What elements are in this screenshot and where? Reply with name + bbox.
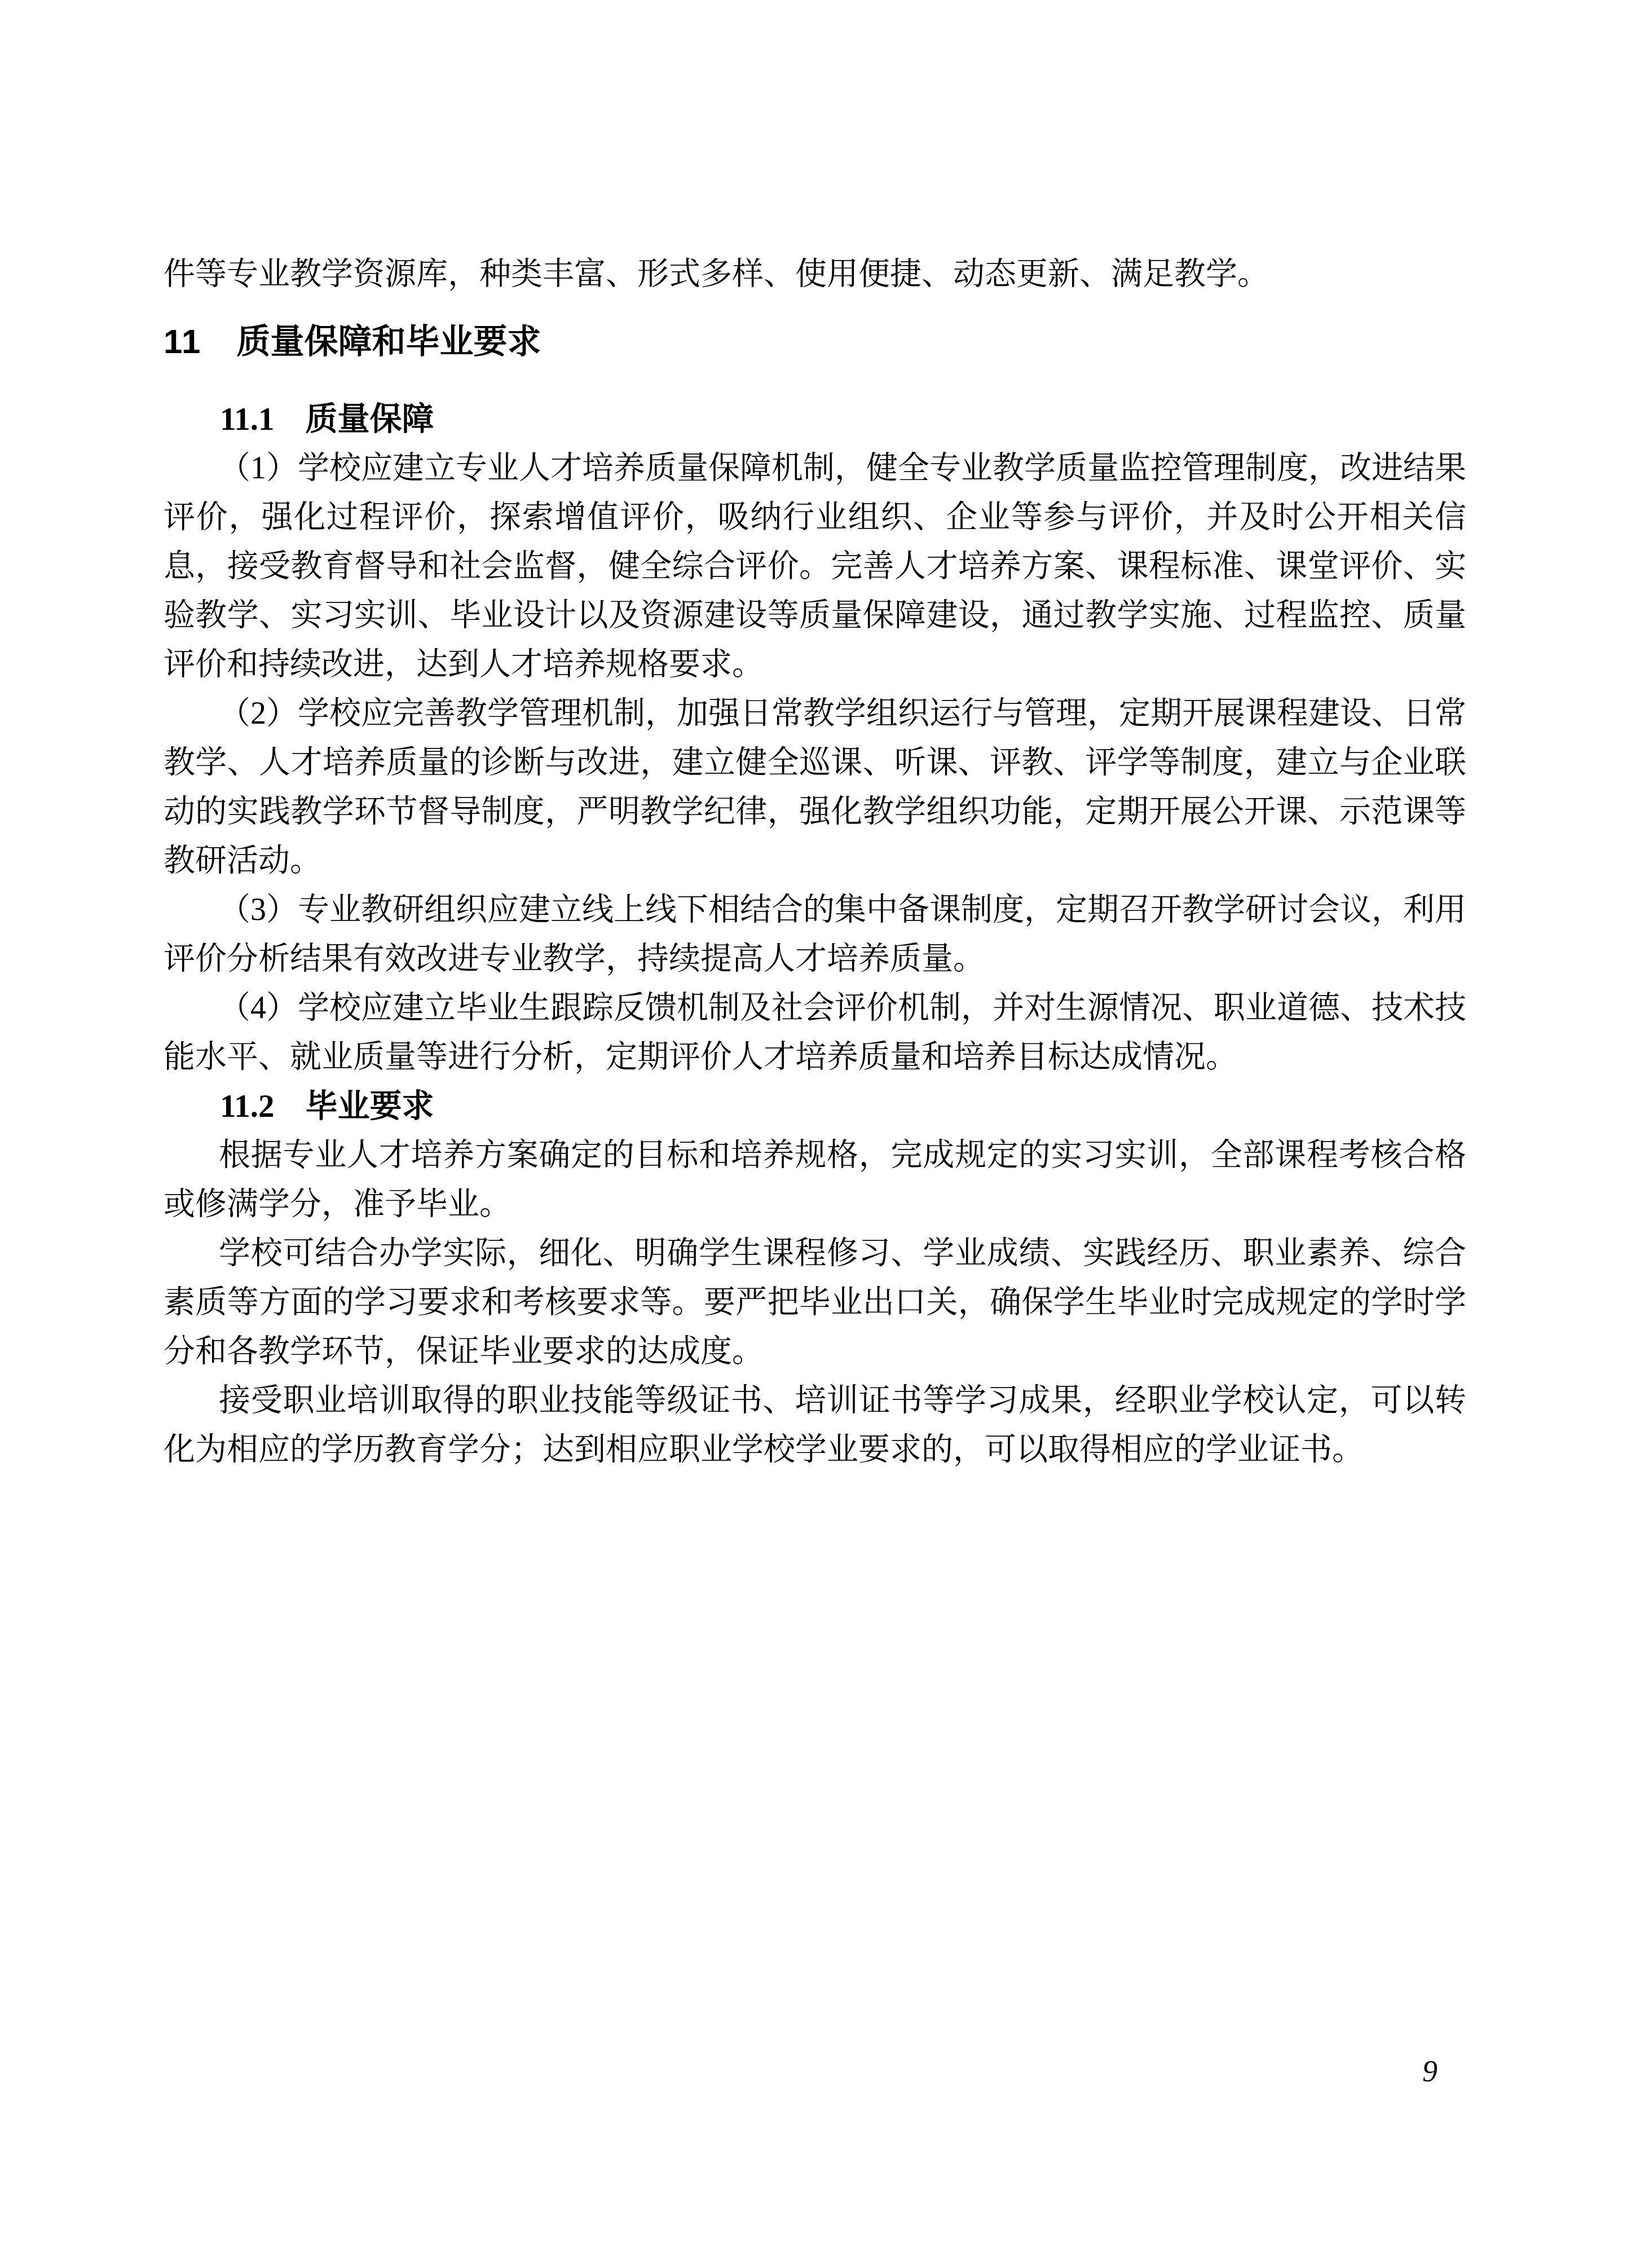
subsection-number: 11.2	[220, 1089, 275, 1124]
section-title: 质量保障和毕业要求	[236, 323, 541, 360]
body-paragraph-item-2: （2）学校应完善教学管理机制，加强日常教学组织运行与管理，定期开展课程建设、日常…	[164, 689, 1466, 886]
section-heading: 11质量保障和毕业要求	[164, 317, 1466, 367]
subsection-number: 11.1	[220, 402, 275, 437]
body-paragraph-item-1: （1）学校应建立专业人才培养质量保障机制，健全专业教学质量监控管理制度，改进结果…	[164, 444, 1466, 689]
body-paragraph-graduation-3: 接受职业培训取得的职业技能等级证书、培训证书等学习成果，经职业学校认定，可以转化…	[164, 1376, 1466, 1474]
section-number: 11	[164, 323, 201, 360]
subsection-heading-quality-assurance: 11.1质量保障	[164, 395, 1466, 444]
body-paragraph-item-4: （4）学校应建立毕业生跟踪反馈机制及社会评价机制，并对生源情况、职业道德、技术技…	[164, 984, 1466, 1082]
subsection-heading-graduation-requirements: 11.2毕业要求	[164, 1082, 1466, 1131]
document-page: 件等专业教学资源库，种类丰富、形式多样、使用便捷、动态更新、满足教学。 11质量…	[0, 0, 1627, 2268]
subsection-title: 质量保障	[306, 402, 434, 437]
page-content: 件等专业教学资源库，种类丰富、形式多样、使用便捷、动态更新、满足教学。 11质量…	[164, 250, 1466, 1474]
subsection-title: 毕业要求	[306, 1089, 434, 1124]
body-paragraph-graduation-2: 学校可结合办学实际，细化、明确学生课程修习、学业成绩、实践经历、职业素养、综合素…	[164, 1229, 1466, 1376]
body-paragraph-item-3: （3）专业教研组织应建立线上线下相结合的集中备课制度，定期召开教学研讨会议，利用…	[164, 886, 1466, 984]
body-paragraph-continuation: 件等专业教学资源库，种类丰富、形式多样、使用便捷、动态更新、满足教学。	[164, 250, 1466, 299]
body-paragraph-graduation-1: 根据专业人才培养方案确定的目标和培养规格，完成规定的实习实训，全部课程考核合格或…	[164, 1131, 1466, 1229]
page-number: 9	[1422, 2054, 1438, 2088]
